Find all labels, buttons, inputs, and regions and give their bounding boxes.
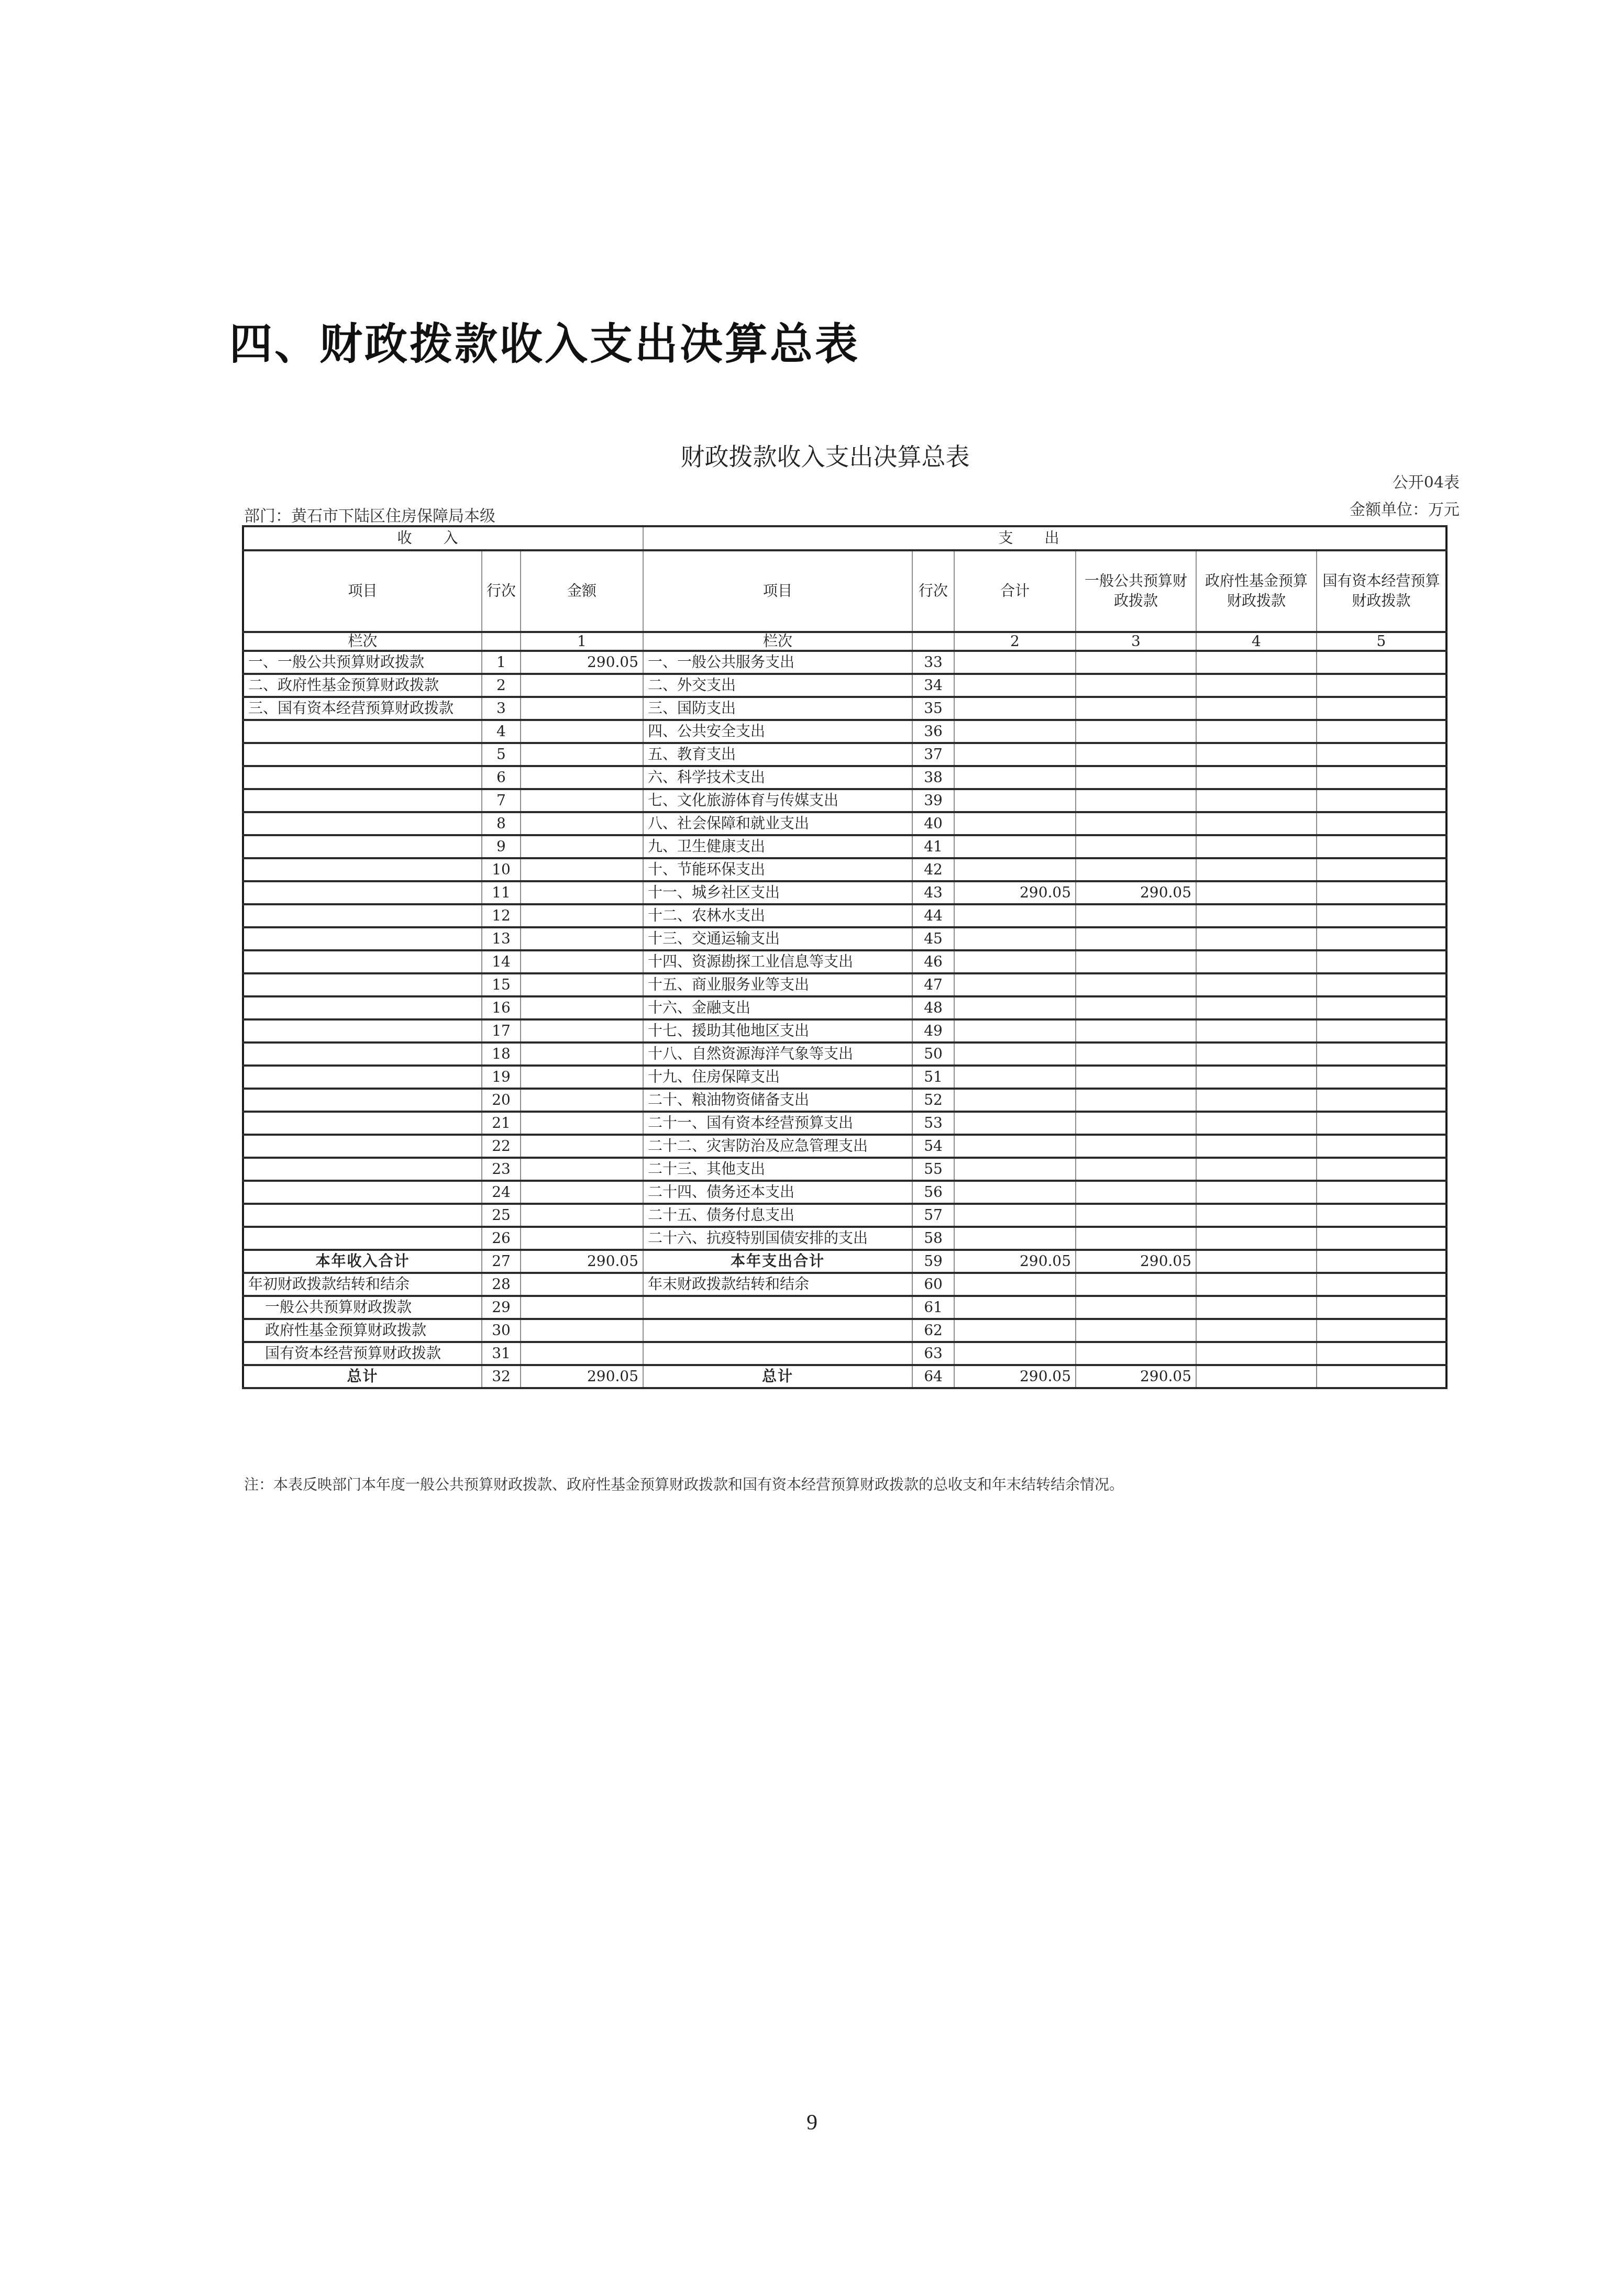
income-row-no-cell: 2	[482, 674, 521, 697]
income-amount-cell	[521, 996, 643, 1019]
table-row: 14十四、资源勘探工业信息等支出46	[243, 950, 1446, 973]
expense-general-cell	[1076, 1296, 1196, 1319]
income-amount-cell	[521, 1112, 643, 1135]
expense-soe-cell	[1317, 1204, 1446, 1227]
col-expense-general: 一般公共预算财政拨款	[1076, 550, 1196, 632]
income-row-no-cell: 30	[482, 1319, 521, 1342]
expense-general-cell	[1076, 1042, 1196, 1066]
income-item-cell: 三、国有资本经营预算财政拨款	[243, 697, 482, 720]
expense-fund-cell	[1196, 720, 1317, 743]
income-amount-cell: 290.05	[521, 651, 643, 674]
table-row: 6六、科学技术支出38	[243, 766, 1446, 789]
table-row: 18十八、自然资源海洋气象等支出50	[243, 1042, 1446, 1066]
expense-total-cell	[954, 1135, 1076, 1158]
expense-general-cell	[1076, 674, 1196, 697]
expense-soe-cell	[1317, 1273, 1446, 1296]
income-amount-cell	[521, 1019, 643, 1042]
expense-soe-cell	[1317, 927, 1446, 950]
expense-item-cell: 十九、住房保障支出	[643, 1066, 912, 1089]
table-row: 20二十、粮油物资储备支出52	[243, 1089, 1446, 1112]
expense-item-cell: 二十三、其他支出	[643, 1158, 912, 1181]
expense-general-cell	[1076, 1112, 1196, 1135]
expense-general-cell	[1076, 720, 1196, 743]
expense-item-cell: 三、国防支出	[643, 697, 912, 720]
income-row-no-cell: 4	[482, 720, 521, 743]
expense-fund-cell	[1196, 1089, 1317, 1112]
expense-total-cell	[954, 1319, 1076, 1342]
expense-total-cell: 290.05	[954, 1365, 1076, 1388]
expense-general-cell	[1076, 858, 1196, 881]
income-item-cell	[243, 835, 482, 858]
expense-item-cell: 年末财政拨款结转和结余	[643, 1273, 912, 1296]
expense-item-cell: 二十、粮油物资储备支出	[643, 1089, 912, 1112]
expense-total-cell	[954, 1042, 1076, 1066]
expense-total-cell	[954, 835, 1076, 858]
table-row: 25二十五、债务付息支出57	[243, 1204, 1446, 1227]
expense-item-cell	[643, 1296, 912, 1319]
expense-item-cell: 二十二、灾害防治及应急管理支出	[643, 1135, 912, 1158]
income-item-cell	[243, 789, 482, 812]
expense-row-no-cell: 42	[912, 858, 954, 881]
expense-fund-cell	[1196, 904, 1317, 927]
income-row-no-cell: 31	[482, 1342, 521, 1365]
col-expense-row-no: 行次	[912, 550, 954, 632]
col-expense-soe: 国有资本经营预算财政拨款	[1317, 550, 1446, 632]
expense-row-no-cell: 39	[912, 789, 954, 812]
expense-item-cell: 总计	[643, 1365, 912, 1388]
expense-row-no-cell: 45	[912, 927, 954, 950]
unit-label: 金额单位：万元	[1350, 496, 1460, 519]
expense-item-cell: 十一、城乡社区支出	[643, 881, 912, 904]
expense-row-no-cell: 49	[912, 1019, 954, 1042]
income-item-cell	[243, 812, 482, 835]
expense-item-cell: 四、公共安全支出	[643, 720, 912, 743]
income-item-cell	[243, 1227, 482, 1250]
income-item-cell	[243, 973, 482, 996]
expense-item-cell: 十八、自然资源海洋气象等支出	[643, 1042, 912, 1066]
expense-item-cell: 十七、援助其他地区支出	[643, 1019, 912, 1042]
expense-total-cell	[954, 1019, 1076, 1042]
table-row: 15十五、商业服务业等支出47	[243, 973, 1446, 996]
income-row-no-cell: 15	[482, 973, 521, 996]
expense-general-cell	[1076, 1066, 1196, 1089]
income-amount-cell	[521, 1181, 643, 1204]
income-row-no-cell: 10	[482, 858, 521, 881]
expense-total-cell	[954, 674, 1076, 697]
expense-general-cell	[1076, 904, 1196, 927]
department-label: 部门：黄石市下陆区住房保障局本级	[244, 503, 495, 526]
income-amount-cell	[521, 950, 643, 973]
expense-row-no-cell: 35	[912, 697, 954, 720]
income-row-no-cell: 32	[482, 1365, 521, 1388]
income-item-cell	[243, 1066, 482, 1089]
expense-soe-cell	[1317, 1066, 1446, 1089]
expense-row-no-cell: 61	[912, 1296, 954, 1319]
expense-general-cell	[1076, 973, 1196, 996]
expense-item-cell: 十四、资源勘探工业信息等支出	[643, 950, 912, 973]
expense-row-no-cell: 41	[912, 835, 954, 858]
table-row: 7七、文化旅游体育与传媒支出39	[243, 789, 1446, 812]
expense-general-cell	[1076, 1181, 1196, 1204]
expense-soe-cell	[1317, 950, 1446, 973]
table-row: 总计32290.05总计64290.05290.05	[243, 1365, 1446, 1388]
expense-general-cell	[1076, 789, 1196, 812]
expense-item-cell	[643, 1319, 912, 1342]
table-row: 一般公共预算财政拨款2961	[243, 1296, 1446, 1319]
expense-total-cell	[954, 950, 1076, 973]
table-row: 4四、公共安全支出36	[243, 720, 1446, 743]
expense-row-no-cell: 36	[912, 720, 954, 743]
expense-row-no-cell: 60	[912, 1273, 954, 1296]
expense-general-cell	[1076, 1089, 1196, 1112]
table-row: 24二十四、债务还本支出56	[243, 1181, 1446, 1204]
income-row-no-cell: 7	[482, 789, 521, 812]
expense-general-cell	[1076, 1273, 1196, 1296]
expense-row-no-cell: 50	[912, 1042, 954, 1066]
expense-row-no-cell: 46	[912, 950, 954, 973]
expense-soe-cell	[1317, 789, 1446, 812]
table-row: 16十六、金融支出48	[243, 996, 1446, 1019]
income-amount-cell	[521, 674, 643, 697]
expense-item-cell	[643, 1342, 912, 1365]
income-amount-cell	[521, 789, 643, 812]
expense-row-no-cell: 56	[912, 1181, 954, 1204]
col-expense-item: 项目	[643, 550, 912, 632]
table-row: 5五、教育支出37	[243, 743, 1446, 766]
income-item-cell	[243, 904, 482, 927]
expense-soe-cell	[1317, 1135, 1446, 1158]
expense-fund-cell	[1196, 927, 1317, 950]
income-amount-cell	[521, 858, 643, 881]
income-amount-cell	[521, 743, 643, 766]
expense-total-cell	[954, 1342, 1076, 1365]
expense-total-cell	[954, 697, 1076, 720]
income-item-cell	[243, 1204, 482, 1227]
expense-row-no-cell: 51	[912, 1066, 954, 1089]
income-amount-cell	[521, 1273, 643, 1296]
expense-total-cell	[954, 1089, 1076, 1112]
income-item-cell: 政府性基金预算财政拨款	[243, 1319, 482, 1342]
table-row: 22二十二、灾害防治及应急管理支出54	[243, 1135, 1446, 1158]
income-item-cell	[243, 743, 482, 766]
income-item-cell: 本年收入合计	[243, 1250, 482, 1273]
expense-row-no-cell: 62	[912, 1319, 954, 1342]
income-amount-cell	[521, 1042, 643, 1066]
expense-fund-cell	[1196, 1319, 1317, 1342]
expense-item-cell: 十三、交通运输支出	[643, 927, 912, 950]
expense-fund-cell	[1196, 1042, 1317, 1066]
expense-total-cell	[954, 720, 1076, 743]
income-amount-index: 1	[521, 632, 643, 651]
income-row-no-cell: 13	[482, 927, 521, 950]
table-row: 11十一、城乡社区支出43290.05290.05	[243, 881, 1446, 904]
expense-soe-cell	[1317, 1227, 1446, 1250]
income-item-cell	[243, 950, 482, 973]
expense-fund-cell	[1196, 1158, 1317, 1181]
income-row-no-cell: 21	[482, 1112, 521, 1135]
expense-soe-cell	[1317, 1342, 1446, 1365]
table-row: 9九、卫生健康支出41	[243, 835, 1446, 858]
expense-fund-cell	[1196, 1227, 1317, 1250]
expense-general-cell	[1076, 950, 1196, 973]
income-amount-cell	[521, 904, 643, 927]
expense-total-cell	[954, 812, 1076, 835]
expense-item-cell: 六、科学技术支出	[643, 766, 912, 789]
table-row: 国有资本经营预算财政拨款3163	[243, 1342, 1446, 1365]
section-title: 四、财政拨款收入支出决算总表	[229, 310, 860, 371]
expense-row-no-cell: 48	[912, 996, 954, 1019]
expense-soe-cell	[1317, 1319, 1446, 1342]
expense-total-cell	[954, 1181, 1076, 1204]
expense-general-cell: 290.05	[1076, 881, 1196, 904]
income-item-cell	[243, 1019, 482, 1042]
income-amount-cell	[521, 1135, 643, 1158]
form-code: 公开04表	[1393, 469, 1460, 492]
expense-total-cell	[954, 858, 1076, 881]
expense-total-cell	[954, 766, 1076, 789]
income-item-cell	[243, 996, 482, 1019]
expense-fund-cell	[1196, 950, 1317, 973]
expense-item-cell: 二十四、债务还本支出	[643, 1181, 912, 1204]
expense-total-cell	[954, 1204, 1076, 1227]
income-amount-cell	[521, 881, 643, 904]
income-row-no-cell: 27	[482, 1250, 521, 1273]
income-amount-cell: 290.05	[521, 1365, 643, 1388]
expense-fund-cell	[1196, 881, 1317, 904]
expense-header: 支出	[643, 526, 1446, 550]
expense-row-no-cell: 40	[912, 812, 954, 835]
expense-total-cell	[954, 743, 1076, 766]
expense-item-cell: 八、社会保障和就业支出	[643, 812, 912, 835]
expense-fund-cell	[1196, 674, 1317, 697]
expense-item-cell: 十、节能环保支出	[643, 858, 912, 881]
expense-total-cell	[954, 927, 1076, 950]
expense-item-cell: 本年支出合计	[643, 1250, 912, 1273]
expense-index-label: 栏次	[643, 632, 912, 651]
expense-soe-cell	[1317, 904, 1446, 927]
expense-row-no-cell: 47	[912, 973, 954, 996]
expense-general-cell	[1076, 766, 1196, 789]
table-row: 一、一般公共预算财政拨款1290.05一、一般公共服务支出33	[243, 651, 1446, 674]
income-row-no-cell: 18	[482, 1042, 521, 1066]
income-item-cell	[243, 1042, 482, 1066]
table-row: 21二十一、国有资本经营预算支出53	[243, 1112, 1446, 1135]
income-index-label: 栏次	[243, 632, 482, 651]
expense-fund-cell	[1196, 651, 1317, 674]
expense-general-cell	[1076, 651, 1196, 674]
expense-soe-cell	[1317, 766, 1446, 789]
expense-row-no-cell: 52	[912, 1089, 954, 1112]
table-row: 13十三、交通运输支出45	[243, 927, 1446, 950]
income-item-cell	[243, 1112, 482, 1135]
income-amount-cell	[521, 1227, 643, 1250]
expense-soe-cell	[1317, 1019, 1446, 1042]
expense-soe-cell	[1317, 1296, 1446, 1319]
income-row-no-cell: 8	[482, 812, 521, 835]
expense-row-no-cell: 55	[912, 1158, 954, 1181]
expense-item-cell: 二、外交支出	[643, 674, 912, 697]
expense-item-cell: 五、教育支出	[643, 743, 912, 766]
col-income-item: 项目	[243, 550, 482, 632]
expense-general-cell	[1076, 1158, 1196, 1181]
expense-row-no-cell: 57	[912, 1204, 954, 1227]
expense-fund-cell	[1196, 1135, 1317, 1158]
expense-soe-cell	[1317, 1250, 1446, 1273]
income-amount-cell	[521, 1204, 643, 1227]
table-note: 注：本表反映部门本年度一般公共预算财政拨款、政府性基金预算财政拨款和国有资本经营…	[244, 1473, 1124, 1494]
expense-soe-cell	[1317, 812, 1446, 835]
expense-soe-cell	[1317, 1158, 1446, 1181]
expense-fund-cell	[1196, 766, 1317, 789]
income-amount-cell	[521, 927, 643, 950]
expense-fund-cell	[1196, 1112, 1317, 1135]
expense-general-cell	[1076, 835, 1196, 858]
income-item-cell: 总计	[243, 1365, 482, 1388]
expense-general-cell	[1076, 1319, 1196, 1342]
expense-total-cell	[954, 1227, 1076, 1250]
expense-soe-cell	[1317, 674, 1446, 697]
expense-fund-cell	[1196, 858, 1317, 881]
header-row: 项目 行次 金额 项目 行次 合计 一般公共预算财政拨款 政府性基金预算财政拨款…	[243, 550, 1446, 632]
table-row: 政府性基金预算财政拨款3062	[243, 1319, 1446, 1342]
income-item-cell	[243, 881, 482, 904]
table-row: 19十九、住房保障支出51	[243, 1066, 1446, 1089]
income-row-no-cell: 1	[482, 651, 521, 674]
income-amount-cell	[521, 973, 643, 996]
expense-soe-cell	[1317, 973, 1446, 996]
income-row-no-cell: 28	[482, 1273, 521, 1296]
income-item-cell: 一、一般公共预算财政拨款	[243, 651, 482, 674]
expense-row-no-cell: 54	[912, 1135, 954, 1158]
expense-fund-cell	[1196, 1296, 1317, 1319]
income-row-no-cell: 29	[482, 1296, 521, 1319]
income-row-no-cell: 11	[482, 881, 521, 904]
income-row-no-cell: 14	[482, 950, 521, 973]
table-row: 17十七、援助其他地区支出49	[243, 1019, 1446, 1042]
expense-fund-cell	[1196, 1019, 1317, 1042]
expense-general-cell	[1076, 1227, 1196, 1250]
expense-item-cell: 十五、商业服务业等支出	[643, 973, 912, 996]
income-amount-cell	[521, 1296, 643, 1319]
income-amount-cell	[521, 766, 643, 789]
expense-row-no-cell: 44	[912, 904, 954, 927]
expense-item-cell: 十六、金融支出	[643, 996, 912, 1019]
income-amount-cell	[521, 697, 643, 720]
expense-total-cell	[954, 1158, 1076, 1181]
income-header: 收入	[243, 526, 643, 550]
expense-fund-cell	[1196, 835, 1317, 858]
income-item-cell	[243, 858, 482, 881]
expense-soe-cell	[1317, 720, 1446, 743]
expense-row-no-index	[912, 632, 954, 651]
income-row-no-cell: 26	[482, 1227, 521, 1250]
income-row-no-cell: 19	[482, 1066, 521, 1089]
expense-fund-cell	[1196, 1342, 1317, 1365]
income-row-no-cell: 22	[482, 1135, 521, 1158]
income-row-no-cell: 12	[482, 904, 521, 927]
expense-soe-cell	[1317, 697, 1446, 720]
expense-row-no-cell: 38	[912, 766, 954, 789]
expense-soe-cell	[1317, 858, 1446, 881]
expense-fund-cell	[1196, 697, 1317, 720]
expense-soe-cell	[1317, 1181, 1446, 1204]
income-item-cell: 国有资本经营预算财政拨款	[243, 1342, 482, 1365]
expense-general-cell	[1076, 1342, 1196, 1365]
income-row-no-cell: 25	[482, 1204, 521, 1227]
expense-fund-cell	[1196, 996, 1317, 1019]
expense-row-no-cell: 63	[912, 1342, 954, 1365]
expense-total-cell: 290.05	[954, 881, 1076, 904]
expense-item-cell: 一、一般公共服务支出	[643, 651, 912, 674]
index-row: 栏次 1 栏次 2 3 4 5	[243, 632, 1446, 651]
table-row: 年初财政拨款结转和结余28年末财政拨款结转和结余60	[243, 1273, 1446, 1296]
expense-general-cell	[1076, 996, 1196, 1019]
income-row-no-cell: 9	[482, 835, 521, 858]
col-expense-total: 合计	[954, 550, 1076, 632]
income-row-no-cell: 23	[482, 1158, 521, 1181]
table-row: 三、国有资本经营预算财政拨款3三、国防支出35	[243, 697, 1446, 720]
table-row: 12十二、农林水支出44	[243, 904, 1446, 927]
income-row-no-cell: 17	[482, 1019, 521, 1042]
expense-soe-cell	[1317, 651, 1446, 674]
expense-row-no-cell: 53	[912, 1112, 954, 1135]
col-income-amount: 金额	[521, 550, 643, 632]
income-item-cell	[243, 927, 482, 950]
income-amount-cell	[521, 812, 643, 835]
table-row: 8八、社会保障和就业支出40	[243, 812, 1446, 835]
page-number: 9	[0, 2110, 1624, 2135]
table-row: 26二十六、抗疫特别国债安排的支出58	[243, 1227, 1446, 1250]
expense-total-cell	[954, 904, 1076, 927]
expense-item-cell: 七、文化旅游体育与传媒支出	[643, 789, 912, 812]
income-item-cell	[243, 766, 482, 789]
income-amount-cell	[521, 1319, 643, 1342]
expense-general-cell	[1076, 1019, 1196, 1042]
expense-soe-cell	[1317, 1089, 1446, 1112]
income-item-cell	[243, 720, 482, 743]
expense-total-cell	[954, 973, 1076, 996]
expense-fund-cell	[1196, 789, 1317, 812]
soe-index: 5	[1317, 632, 1446, 651]
expense-total-cell: 290.05	[954, 1250, 1076, 1273]
expense-soe-cell	[1317, 1112, 1446, 1135]
expense-fund-cell	[1196, 1204, 1317, 1227]
expense-item-cell: 二十一、国有资本经营预算支出	[643, 1112, 912, 1135]
income-row-no-cell: 6	[482, 766, 521, 789]
expense-item-cell: 九、卫生健康支出	[643, 835, 912, 858]
income-amount-cell	[521, 1158, 643, 1181]
income-item-cell: 一般公共预算财政拨款	[243, 1296, 482, 1319]
expense-general-cell	[1076, 812, 1196, 835]
expense-fund-cell	[1196, 1250, 1317, 1273]
expense-soe-cell	[1317, 1042, 1446, 1066]
expense-row-no-cell: 34	[912, 674, 954, 697]
expense-row-no-cell: 33	[912, 651, 954, 674]
expense-item-cell: 二十五、债务付息支出	[643, 1204, 912, 1227]
expense-general-cell: 290.05	[1076, 1365, 1196, 1388]
expense-fund-cell	[1196, 812, 1317, 835]
expense-soe-cell	[1317, 996, 1446, 1019]
expense-fund-cell	[1196, 1365, 1317, 1388]
expense-total-cell	[954, 651, 1076, 674]
expense-soe-cell	[1317, 743, 1446, 766]
income-row-no-cell: 16	[482, 996, 521, 1019]
expense-fund-cell	[1196, 1273, 1317, 1296]
income-row-no-cell: 3	[482, 697, 521, 720]
expense-row-no-cell: 64	[912, 1365, 954, 1388]
income-item-cell: 年初财政拨款结转和结余	[243, 1273, 482, 1296]
expense-general-cell	[1076, 927, 1196, 950]
